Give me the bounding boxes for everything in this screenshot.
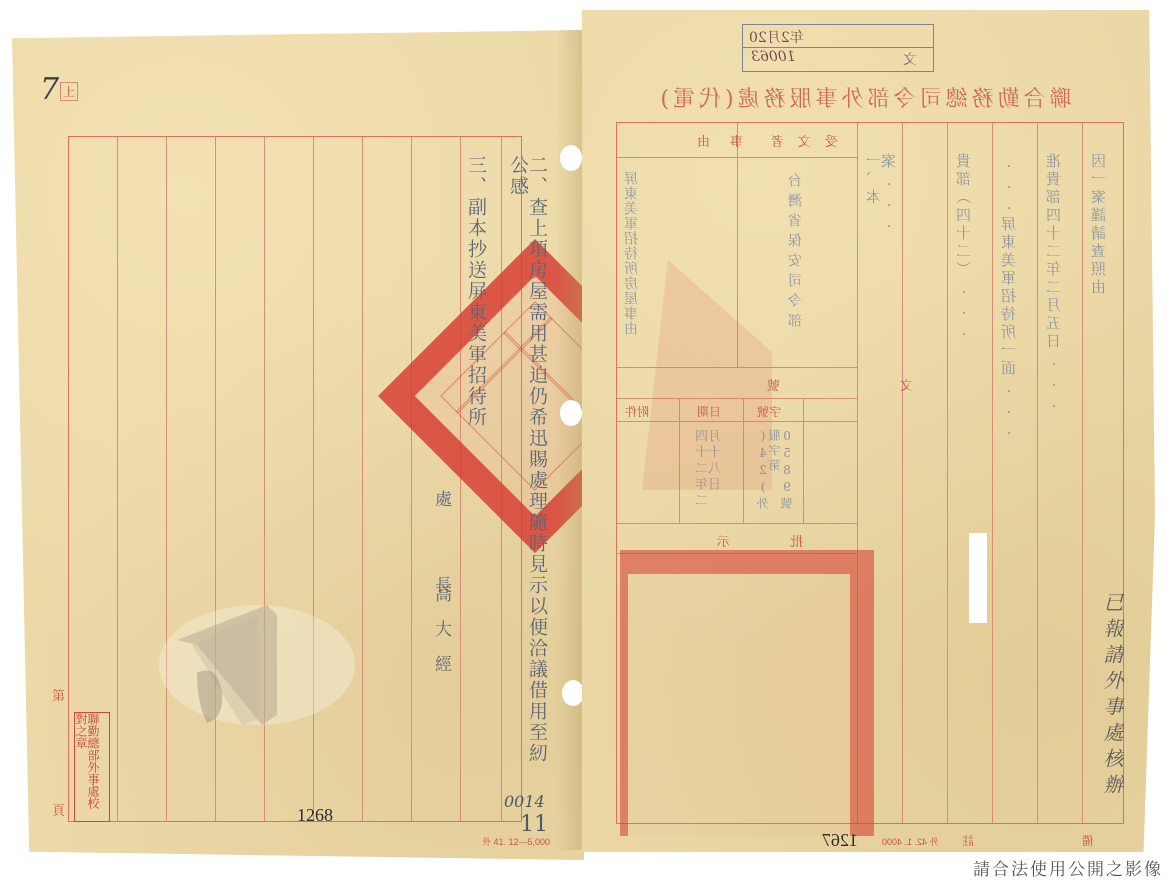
body-line-mirrored-1: 因一案謹請查照由 bbox=[1092, 153, 1107, 453]
header-attachment: 附件 bbox=[625, 403, 649, 420]
body-line-3: 三、副本抄送屏東美軍招待所 bbox=[466, 155, 485, 455]
left-page: 7 上 第 頁 二、查上項房屋需用甚迫仍希迅賜處理隨時見示以便洽議借用至紉公感 … bbox=[12, 30, 584, 860]
body-line-mirrored-4: 貴部（四十二）... bbox=[957, 153, 972, 793]
signature-name: 高大經 bbox=[432, 585, 449, 690]
legal-use-notice: 請合法使用公開之影像 bbox=[973, 855, 1163, 880]
print-code-mirrored: 外 42. 1. 4000 bbox=[882, 835, 939, 848]
redaction-block bbox=[969, 533, 987, 623]
header-recipient: 受文者 bbox=[757, 131, 838, 150]
proofreading-seal: 聯勤總部外事處校對之章 bbox=[74, 712, 110, 822]
header-title-mirrored: 聯合勤務總司令部外事服務處(代電) bbox=[604, 82, 1124, 113]
stamp-label: 文 bbox=[903, 49, 917, 69]
right-page: 年2月20 10063 文 聯合勤務總司令部外事服務處(代電) 事由 受文者 文… bbox=[582, 10, 1155, 852]
corner-red-mark: 上 bbox=[60, 82, 78, 101]
page-number-mirrored: 1267 bbox=[822, 830, 858, 851]
body-line-mirrored-2: 准貴部四十二年二月五日... bbox=[1047, 153, 1062, 793]
binding-hole-bottom bbox=[562, 680, 584, 706]
body-line-mirrored-5: 一、本案... bbox=[867, 153, 897, 273]
subject-mirrored: 屏東美軍招待所房屋事由 bbox=[625, 171, 639, 361]
body-line-2: 二、查上項房屋需用甚迫仍希迅賜處理隨時見示以便洽議借用至紉公感 bbox=[508, 155, 546, 775]
receipt-stamp-box: 年2月20 10063 文 bbox=[742, 24, 934, 72]
corner-handwritten-mark: 7 bbox=[40, 72, 59, 107]
handwritten-number: 0014 bbox=[504, 792, 545, 811]
archive-watermark-icon bbox=[157, 585, 357, 745]
bottom-label-2: 註 bbox=[962, 832, 974, 849]
stamp-date: 年2月20 bbox=[749, 27, 804, 47]
print-code: 外 41. 12—5,000 bbox=[482, 835, 550, 848]
page-side-label-bottom: 頁 bbox=[52, 800, 65, 819]
official-red-stamp-right bbox=[620, 550, 874, 836]
page-number: 1268 bbox=[297, 805, 333, 826]
signature-title-1: 處 bbox=[431, 490, 451, 510]
margin-handwritten-notes: handwritten marginal notes已報請外事處核辦 bbox=[1102, 410, 1122, 830]
binding-hole-top bbox=[560, 145, 582, 171]
header-subject: 事由 bbox=[677, 131, 743, 150]
binding-hole-middle bbox=[560, 400, 582, 426]
page-side-label-top: 第 bbox=[52, 685, 65, 704]
header-remark: 批示 bbox=[657, 531, 803, 550]
stamp-number: 10063 bbox=[751, 49, 796, 65]
bottom-label-1: 備 bbox=[1082, 832, 1094, 849]
handwritten-sub: 11 bbox=[520, 812, 548, 837]
signature-title: 處 長 bbox=[432, 490, 449, 596]
recipient-mirrored: 台灣省保安司令部 bbox=[789, 173, 803, 333]
body-line-mirrored-3: ...屏東美軍招待所一面... bbox=[1002, 153, 1017, 793]
